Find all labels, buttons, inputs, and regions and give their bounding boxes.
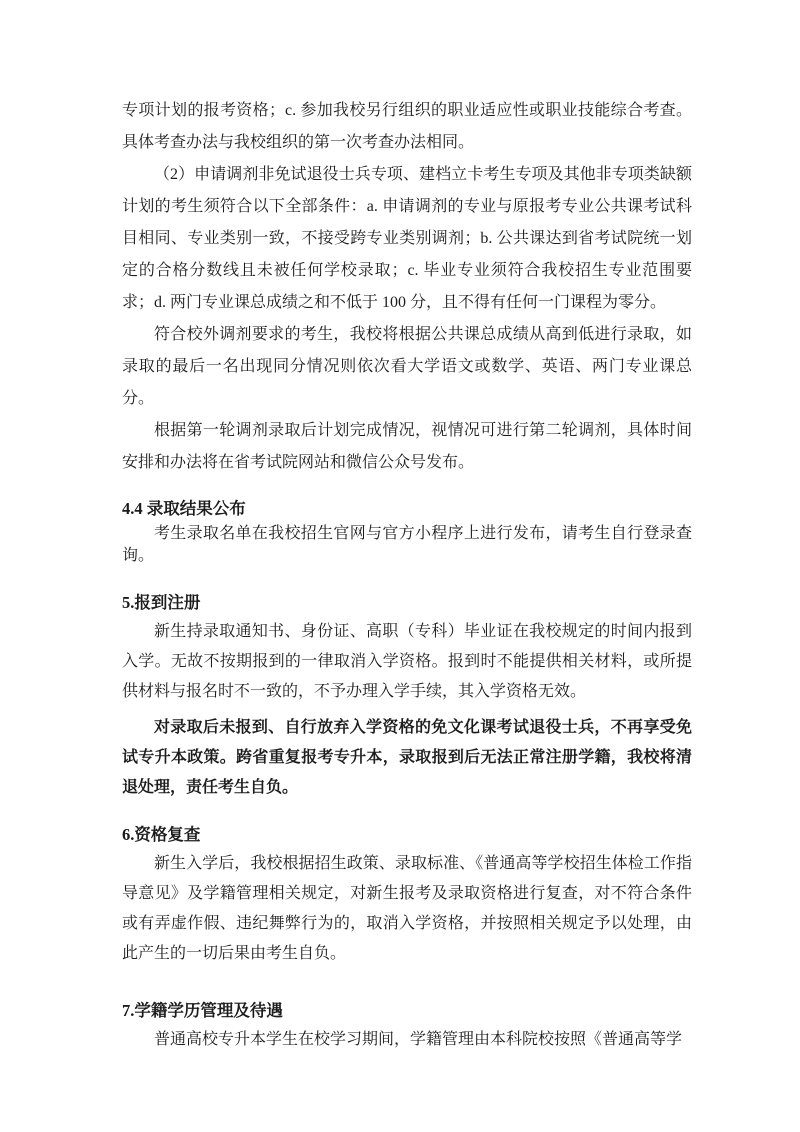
continuation-paragraph: 专项计划的报考资格；c. 参加我校另行组织的职业适应性或职业技能综合考查。具体考… xyxy=(122,95,692,159)
second-round-transfer-paragraph: 根据第一轮调剂录取后计划完成情况，视情况可进行第二轮调剂，具体时间安排和办法将在… xyxy=(122,415,692,479)
section-heading-5-registration: 5.报到注册 xyxy=(122,589,692,617)
external-transfer-admission-paragraph: 符合校外调剂要求的考生，我校将根据公共课总成绩从高到低进行录取，如录取的最后一名… xyxy=(122,319,692,415)
section-heading-7-student-status: 7.学籍学历管理及待遇 xyxy=(122,997,692,1025)
registration-requirements-paragraph: 新生持录取通知书、身份证、高职（专科）毕业证在我校规定的时间内报到入学。无故不按… xyxy=(122,617,692,707)
bold-notice-paragraph: 对录取后未报到、自行放弃入学资格的免文化课考试退役士兵，不再享受免试专升本政策。… xyxy=(122,713,692,803)
student-status-paragraph-cutoff: 普通高校专升本学生在校学习期间，学籍管理由本科院校按照《普通高等学 xyxy=(122,1025,692,1055)
admission-results-paragraph: 考生录取名单在我校招生官网与官方小程序上进行发布，请考生自行登录查询。 xyxy=(122,523,692,567)
section-heading-6-qualification-review: 6.资格复查 xyxy=(122,821,692,849)
qualification-review-paragraph: 新生入学后，我校根据招生政策、录取标准、《普通高等学校招生体检工作指导意见》及学… xyxy=(122,849,692,969)
document-page: 专项计划的报考资格；c. 参加我校另行组织的职业适应性或职业技能综合考查。具体考… xyxy=(0,0,800,1132)
transfer-conditions-paragraph: （2）申请调剂非免试退役士兵专项、建档立卡考生专项及其他非专项类缺额计划的考生须… xyxy=(122,159,692,319)
section-heading-4-4-admission-results: 4.4 录取结果公布 xyxy=(122,495,692,523)
